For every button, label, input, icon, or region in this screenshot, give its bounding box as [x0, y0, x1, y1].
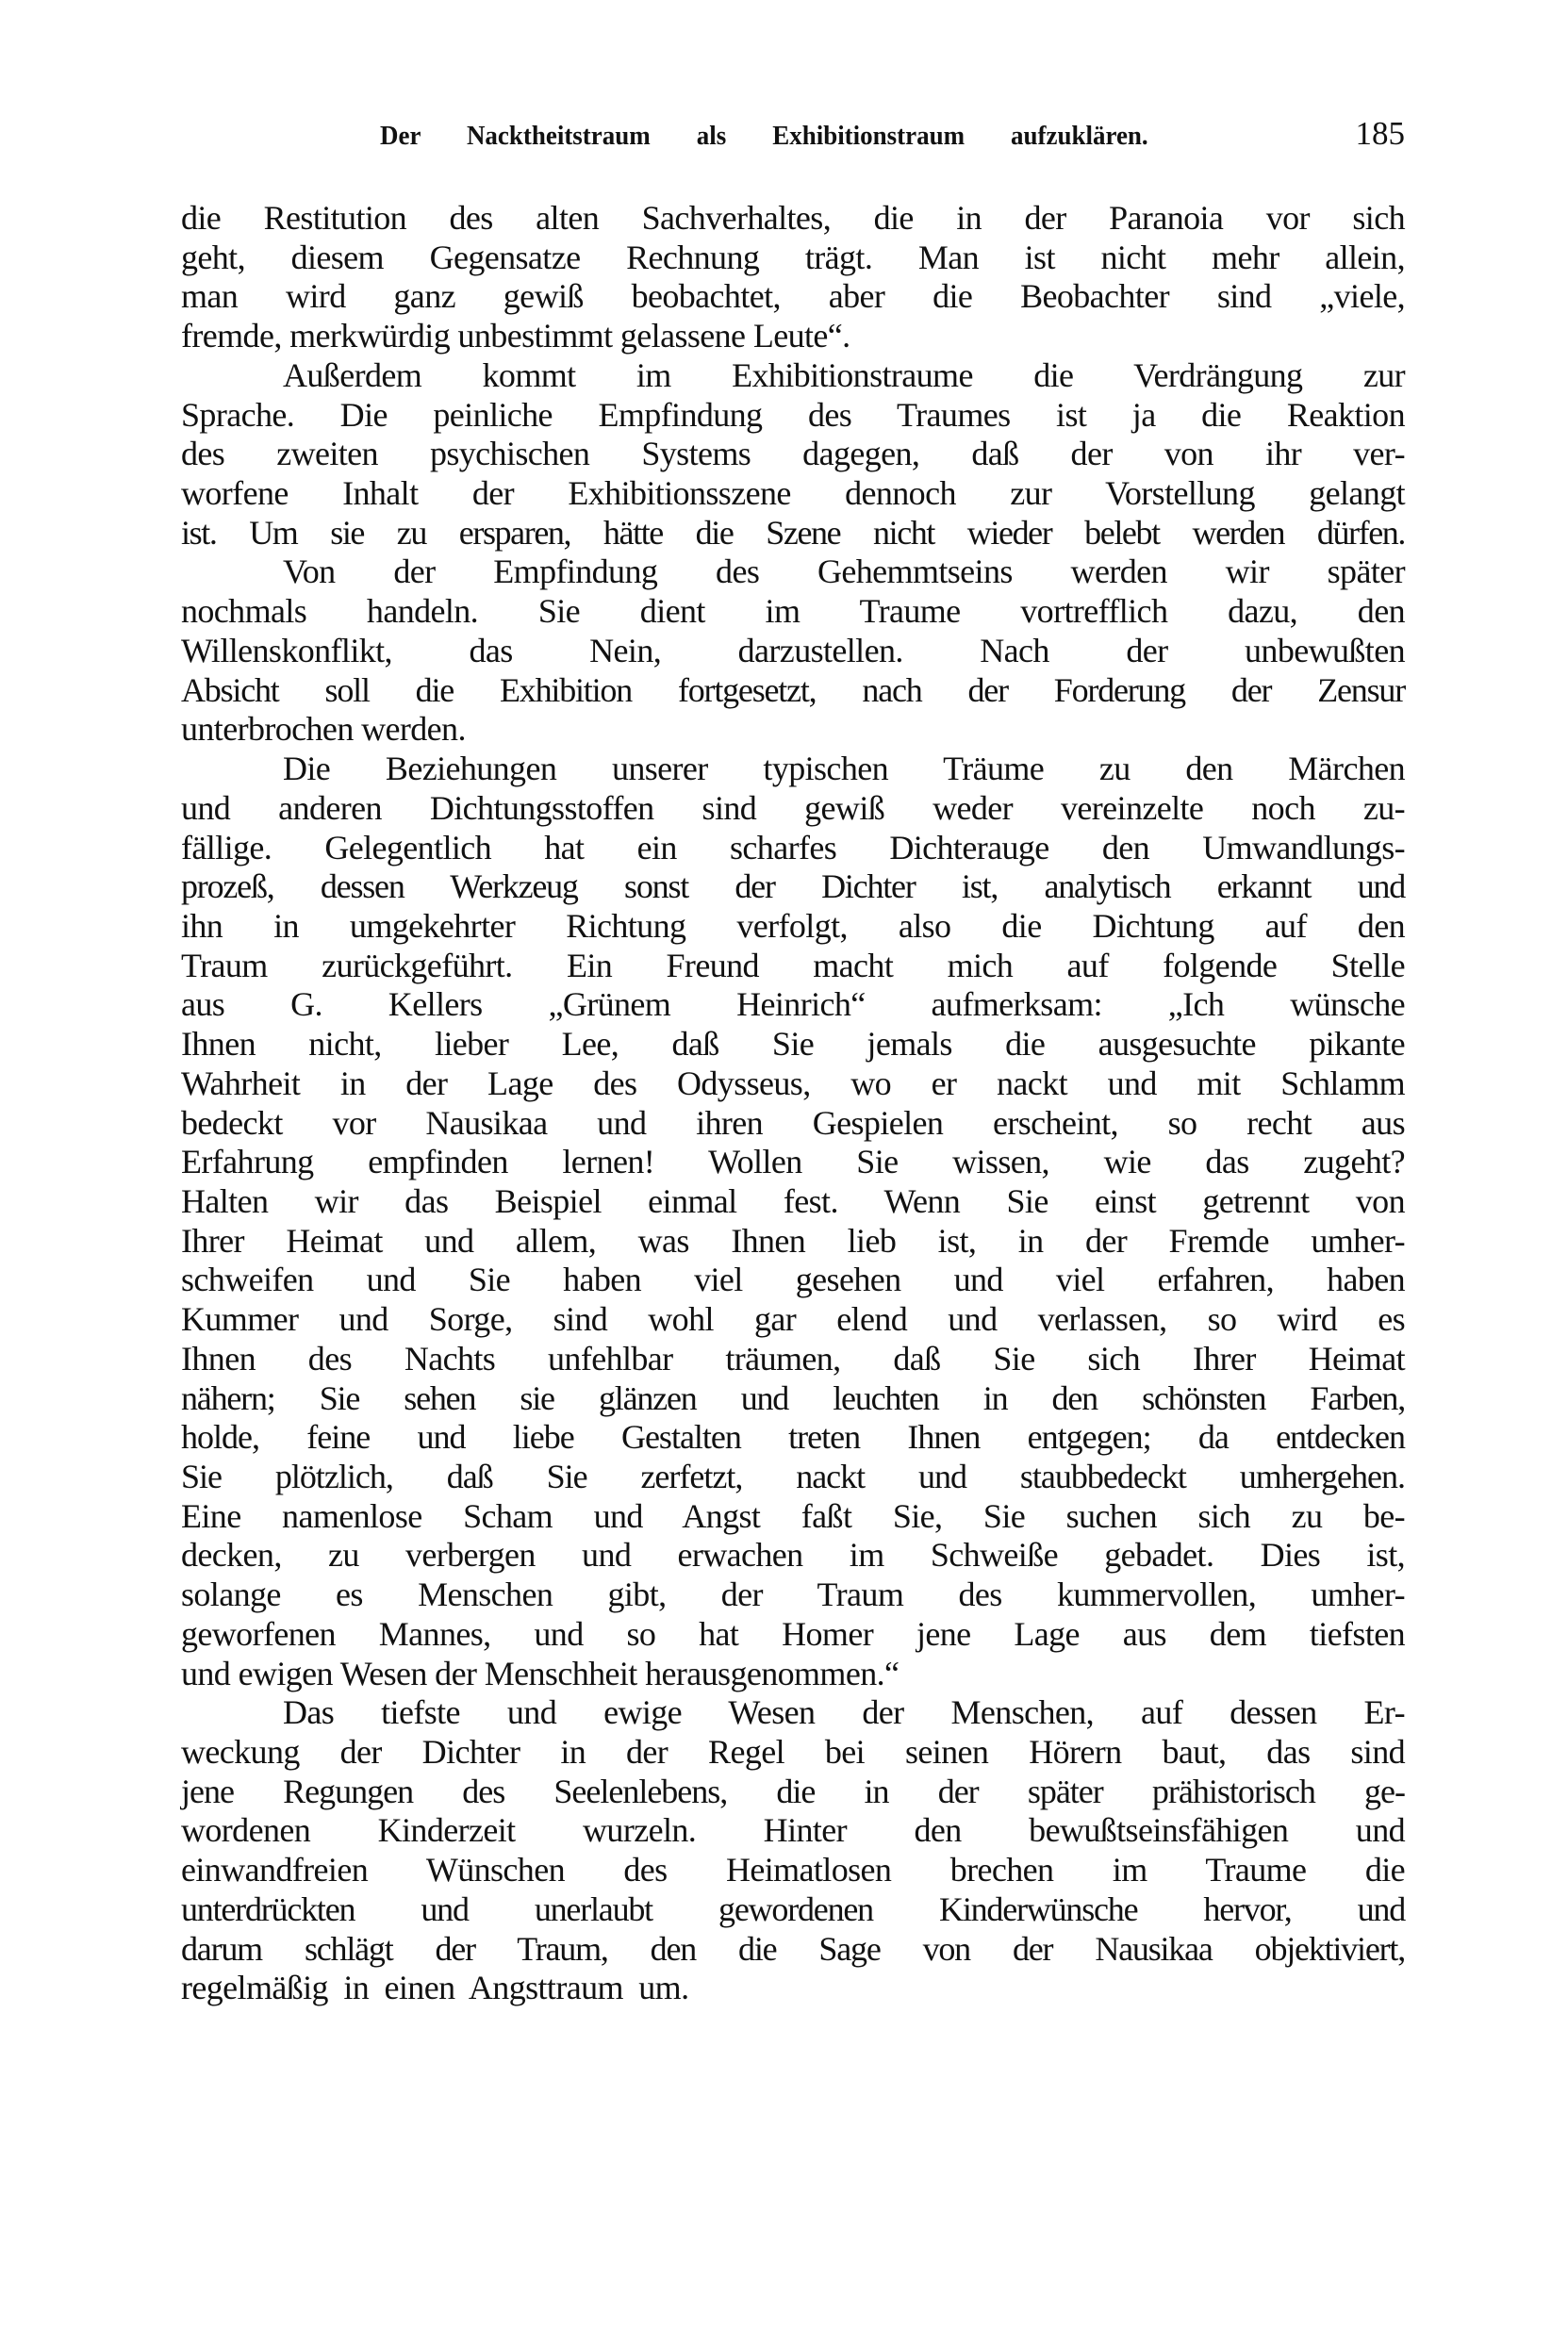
text-line: Kummer und Sorge, sind wohl gar elend un…	[181, 1300, 1405, 1340]
text-line: regelmäßig in einen Angsttraum um.	[181, 1969, 1405, 2008]
paragraph: Von der Empfindung des Gehemmtseins werd…	[181, 553, 1405, 750]
text-line: Willenskonflikt, das Nein, darzustellen.…	[181, 632, 1405, 671]
body-text: die Restitution des alten Sachverhaltes,…	[181, 199, 1405, 2008]
text-line: Ihnen des Nachts unfehlbar träumen, daß …	[181, 1340, 1405, 1379]
text-line: holde, feine und liebe Gestalten treten …	[181, 1418, 1405, 1458]
paragraph: Die Beziehungen unserer typischen Träume…	[181, 750, 1405, 1693]
text-line: und ewigen Wesen der Menschheit herausge…	[181, 1655, 1405, 1694]
text-line: fällige. Gelegentlich hat ein scharfes D…	[181, 829, 1405, 868]
text-line: geht, diesem Gegensatze Rechnung trägt. …	[181, 239, 1405, 278]
text-line: Ihrer Heimat und allem, was Ihnen lieb i…	[181, 1222, 1405, 1262]
text-line: nähern; Sie sehen sie glänzen und leucht…	[181, 1379, 1405, 1419]
text-line: Erfahrung empfinden lernen! Wollen Sie w…	[181, 1143, 1405, 1182]
text-line: Außerdem kommt im Exhibitionstraume die …	[181, 356, 1405, 396]
text-line: Absicht soll die Exhibition fortgesetzt,…	[181, 671, 1405, 711]
text-line: Halten wir das Beispiel einmal fest. Wen…	[181, 1182, 1405, 1222]
text-line: decken, zu verbergen und erwachen im Sch…	[181, 1536, 1405, 1576]
running-title: Der Nacktheitstraum als Exhibitionstraum…	[380, 115, 1148, 157]
text-line: darum schlägt der Traum, den die Sage vo…	[181, 1930, 1405, 1970]
text-line: Die Beziehungen unserer typischen Träume…	[181, 750, 1405, 789]
text-line: fremde, merkwürdig unbestimmt gelassene …	[181, 317, 1405, 356]
text-line: prozeß, dessen Werkzeug sonst der Dichte…	[181, 867, 1405, 907]
text-line: Von der Empfindung des Gehemmtseins werd…	[181, 553, 1405, 592]
text-line: einwandfreien Wünschen des Heimatlosen b…	[181, 1851, 1405, 1890]
text-line: solange es Menschen gibt, der Traum des …	[181, 1576, 1405, 1615]
text-line: bedeckt vor Nausikaa und ihren Gespielen…	[181, 1104, 1405, 1144]
page-number: 185	[1356, 113, 1406, 155]
text-line: unterbrochen werden.	[181, 710, 1405, 750]
text-line: Ihnen nicht, lieber Lee, daß Sie jemals …	[181, 1025, 1405, 1064]
text-line: Traum zurückgeführt. Ein Freund macht mi…	[181, 947, 1405, 986]
text-line: wordenen Kinderzeit wurzeln. Hinter den …	[181, 1811, 1405, 1851]
text-line: Eine namenlose Scham und Angst faßt Sie,…	[181, 1497, 1405, 1537]
text-line: aus G. Kellers „Grünem Heinrich“ aufmerk…	[181, 985, 1405, 1025]
text-line: ist. Um sie zu ersparen, hätte die Szene…	[181, 514, 1405, 553]
text-line: man wird ganz gewiß beobachtet, aber die…	[181, 277, 1405, 317]
text-line: weckung der Dichter in der Regel bei sei…	[181, 1733, 1405, 1773]
text-line: ihn in umgekehrter Richtung verfolgt, al…	[181, 907, 1405, 947]
text-line: Sie plötzlich, daß Sie zerfetzt, nackt u…	[181, 1458, 1405, 1497]
text-line: jene Regungen des Seelenlebens, die in d…	[181, 1773, 1405, 1812]
paragraph: Außerdem kommt im Exhibitionstraume die …	[181, 356, 1405, 553]
text-line: Wahrheit in der Lage des Odysseus, wo er…	[181, 1064, 1405, 1104]
running-head: Der Nacktheitstraum als Exhibitionstraum…	[181, 115, 1405, 157]
text-line: Das tiefste und ewige Wesen der Menschen…	[181, 1693, 1405, 1733]
text-line: und anderen Dichtungsstoffen sind gewiß …	[181, 789, 1405, 829]
text-line: schweifen und Sie haben viel gesehen und…	[181, 1261, 1405, 1300]
text-line: die Restitution des alten Sachverhaltes,…	[181, 199, 1405, 239]
text-line: nochmals handeln. Sie dient im Traume vo…	[181, 592, 1405, 632]
text-line: des zweiten psychischen Systems dagegen,…	[181, 435, 1405, 474]
text-line: Sprache. Die peinliche Empfindung des Tr…	[181, 396, 1405, 436]
text-line: geworfenen Mannes, und so hat Homer jene…	[181, 1615, 1405, 1655]
text-line: unterdrückten und unerlaubt gewordenen K…	[181, 1890, 1405, 1930]
paragraph: die Restitution des alten Sachverhaltes,…	[181, 199, 1405, 356]
paragraph: Das tiefste und ewige Wesen der Menschen…	[181, 1693, 1405, 2008]
text-line: worfene Inhalt der Exhibitionsszene denn…	[181, 474, 1405, 514]
